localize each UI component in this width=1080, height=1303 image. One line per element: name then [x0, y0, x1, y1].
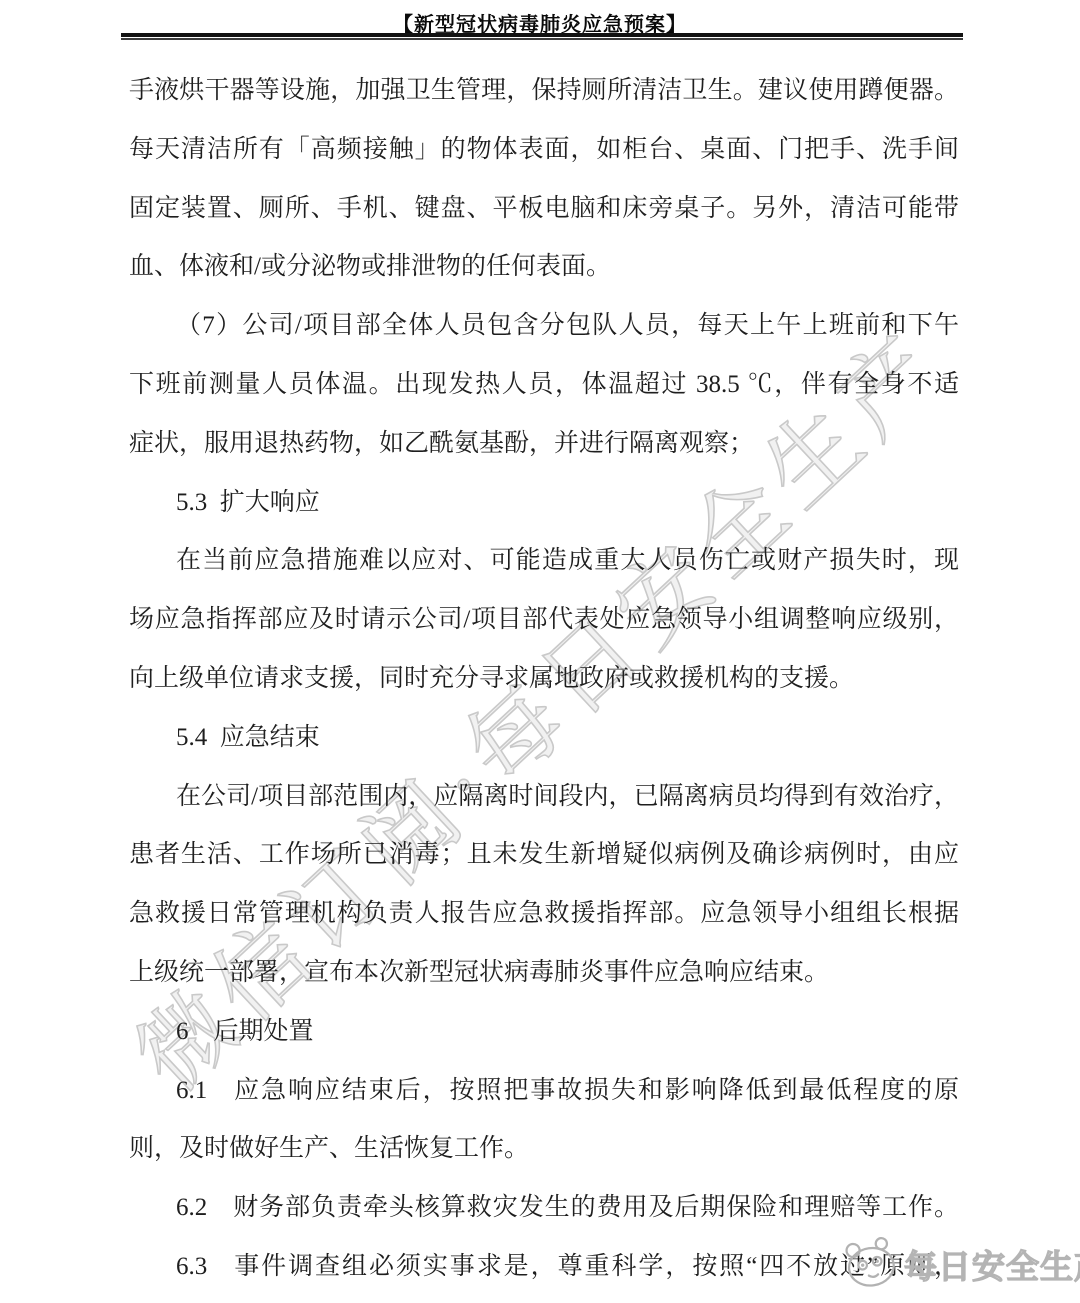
- body-line: 每天清洁所有「高频接触」的物体表面，如柜台、桌面、门把手、洗手间: [129, 121, 959, 180]
- body-line: 上级统一部署，宣布本次新型冠状病毒肺炎事件应急响应结束。: [129, 944, 959, 1003]
- document-page: { "header": { "title": "【新型冠状病毒肺炎应急预案】" …: [0, 0, 1080, 1303]
- header-divider-thin-line: [121, 38, 963, 40]
- body-line: 6 后期处置: [129, 1003, 959, 1062]
- publisher-name: 每日安全生产: [904, 1241, 1080, 1288]
- body-line: 6.1 应急响应结束后，按照把事故损失和影响降低到最低程度的原: [129, 1062, 959, 1121]
- header-divider-thick-line: [121, 33, 963, 37]
- body-line: （7）公司/项目部全体人员包含分包队人员，每天上午上班前和下午: [129, 297, 959, 356]
- body-line: 6.2 财务部负责牵头核算救灾发生的费用及后期保险和理赔等工作。: [129, 1179, 959, 1238]
- body-line: 急救援日常管理机构负责人报告应急救援指挥部。应急领导小组组长根据: [129, 885, 959, 944]
- body-line: 在当前应急措施难以应对、可能造成重大人员伤亡或财产损失时，现: [129, 532, 959, 591]
- publisher-badge: 每日安全生产: [843, 1236, 1080, 1292]
- body-line: 向上级单位请求支援，同时充分寻求属地政府或救援机构的支援。: [129, 650, 959, 709]
- body-line: 5.4 应急结束: [129, 709, 959, 768]
- body-line: 患者生活、工作场所已消毒；且未发生新增疑似病例及确诊病例时，由应: [129, 826, 959, 885]
- document-body: 手液烘干器等设施，加强卫生管理，保持厕所清洁卫生。建议使用蹲便器。每天清洁所有「…: [129, 62, 959, 1297]
- body-line: 场应急指挥部应及时请示公司/项目部代表处应急领导小组调整响应级别，: [129, 591, 959, 650]
- body-line: 在公司/项目部范围内，应隔离时间段内，已隔离病员均得到有效治疗，: [129, 768, 959, 827]
- body-line: 固定装置、厕所、手机、键盘、平板电脑和床旁桌子。另外，清洁可能带: [129, 180, 959, 239]
- body-line: 则，及时做好生产、生活恢复工作。: [129, 1120, 959, 1179]
- header-divider: [121, 33, 963, 40]
- body-line: 6.3 事件调查组必须实事求是，尊重科学，按照“四不放过”原则，: [129, 1238, 959, 1297]
- panda-face-icon: [839, 1232, 902, 1295]
- body-line: 手液烘干器等设施，加强卫生管理，保持厕所清洁卫生。建议使用蹲便器。: [129, 62, 959, 121]
- body-line: 5.3 扩大响应: [129, 474, 959, 533]
- body-line: 症状，服用退热药物，如乙酰氨基酚，并进行隔离观察；: [129, 415, 959, 474]
- body-line: 血、体液和/或分泌物或排泄物的任何表面。: [129, 238, 959, 297]
- body-line: 下班前测量人员体温。出现发热人员，体温超过 38.5 ℃，伴有全身不适: [129, 356, 959, 415]
